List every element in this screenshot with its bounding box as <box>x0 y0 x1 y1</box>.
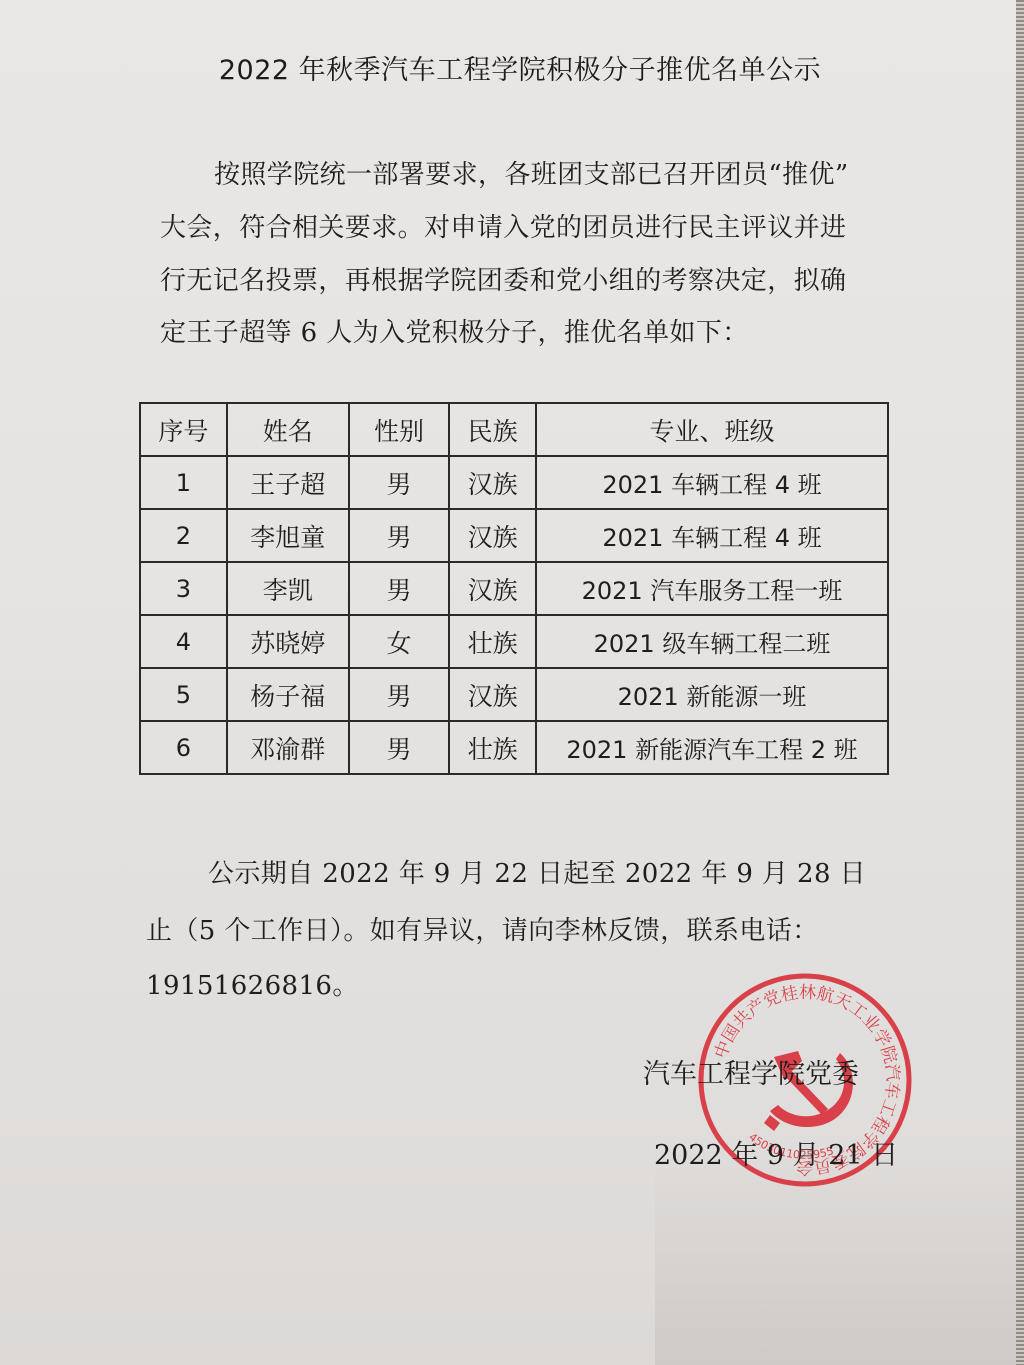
table-row: 4 苏晓婷 女 壮族 2021 级车辆工程二班 <box>140 615 888 668</box>
header-no: 序号 <box>140 403 227 456</box>
cell-sex: 男 <box>349 668 449 721</box>
closing-line-1: 公示期自 2022 年 9 月 22 日起至 2022 年 9 月 28 日 <box>208 853 866 890</box>
cell-sex: 男 <box>349 509 449 562</box>
signature-organization: 汽车工程学院党委 <box>643 1052 859 1091</box>
header-ethnicity: 民族 <box>449 403 536 456</box>
cell-sex: 男 <box>349 456 449 509</box>
cell-no: 6 <box>140 721 227 774</box>
intro-line-3: 行无记名投票，再根据学院团委和党小组的考察决定，拟确 <box>160 260 846 297</box>
cell-name: 杨子福 <box>227 668 349 721</box>
table-row: 5 杨子福 男 汉族 2021 新能源一班 <box>140 668 888 721</box>
cell-name: 王子超 <box>227 456 349 509</box>
intro-line-2: 大会，符合相关要求。对申请入党的团员进行民主评议并进 <box>160 207 846 244</box>
cell-major-class: 2021 新能源一班 <box>536 668 888 721</box>
cell-no: 5 <box>140 668 227 721</box>
cell-ethnicity: 汉族 <box>449 668 536 721</box>
page-stack-edge <box>1016 0 1024 1365</box>
cell-name: 李旭童 <box>227 509 349 562</box>
cell-sex: 男 <box>349 721 449 774</box>
cell-major-class: 2021 级车辆工程二班 <box>536 615 888 668</box>
candidate-table: 序号 姓名 性别 民族 专业、班级 1 王子超 男 汉族 2021 车辆工程 4… <box>139 402 889 775</box>
header-major-class: 专业、班级 <box>536 403 888 456</box>
closing-line-2: 止（5 个工作日）。如有异议，请向李林反馈，联系电话： <box>146 910 819 947</box>
table-row: 6 邓渝群 男 壮族 2021 新能源汽车工程 2 班 <box>140 721 888 774</box>
cell-no: 2 <box>140 509 227 562</box>
cell-ethnicity: 壮族 <box>449 721 536 774</box>
document-title: 2022 年秋季汽车工程学院积极分子推优名单公示 <box>180 48 860 87</box>
table-row: 3 李凯 男 汉族 2021 汽车服务工程一班 <box>140 562 888 615</box>
closing-line-3: 19151626816。 <box>146 965 359 1002</box>
cell-major-class: 2021 新能源汽车工程 2 班 <box>536 721 888 774</box>
intro-line-4: 定王子超等 6 人为入党积极分子，推优名单如下： <box>160 312 749 349</box>
table-header-row: 序号 姓名 性别 民族 专业、班级 <box>140 403 888 456</box>
table-row: 2 李旭童 男 汉族 2021 车辆工程 4 班 <box>140 509 888 562</box>
signature-date: 2022 年 9 月 21 日 <box>654 1133 898 1172</box>
header-sex: 性别 <box>349 403 449 456</box>
intro-line-1: 按照学院统一部署要求，各班团支部已召开团员“推优” <box>214 154 849 191</box>
cell-ethnicity: 汉族 <box>449 456 536 509</box>
cell-ethnicity: 汉族 <box>449 562 536 615</box>
cell-major-class: 2021 车辆工程 4 班 <box>536 456 888 509</box>
header-name: 姓名 <box>227 403 349 456</box>
cell-name: 邓渝群 <box>227 721 349 774</box>
cell-ethnicity: 汉族 <box>449 509 536 562</box>
cell-no: 3 <box>140 562 227 615</box>
cell-name: 苏晓婷 <box>227 615 349 668</box>
cell-major-class: 2021 车辆工程 4 班 <box>536 509 888 562</box>
cell-sex: 女 <box>349 615 449 668</box>
cell-no: 4 <box>140 615 227 668</box>
table-row: 1 王子超 男 汉族 2021 车辆工程 4 班 <box>140 456 888 509</box>
cell-major-class: 2021 汽车服务工程一班 <box>536 562 888 615</box>
cell-no: 1 <box>140 456 227 509</box>
cell-ethnicity: 壮族 <box>449 615 536 668</box>
cell-name: 李凯 <box>227 562 349 615</box>
cell-sex: 男 <box>349 562 449 615</box>
